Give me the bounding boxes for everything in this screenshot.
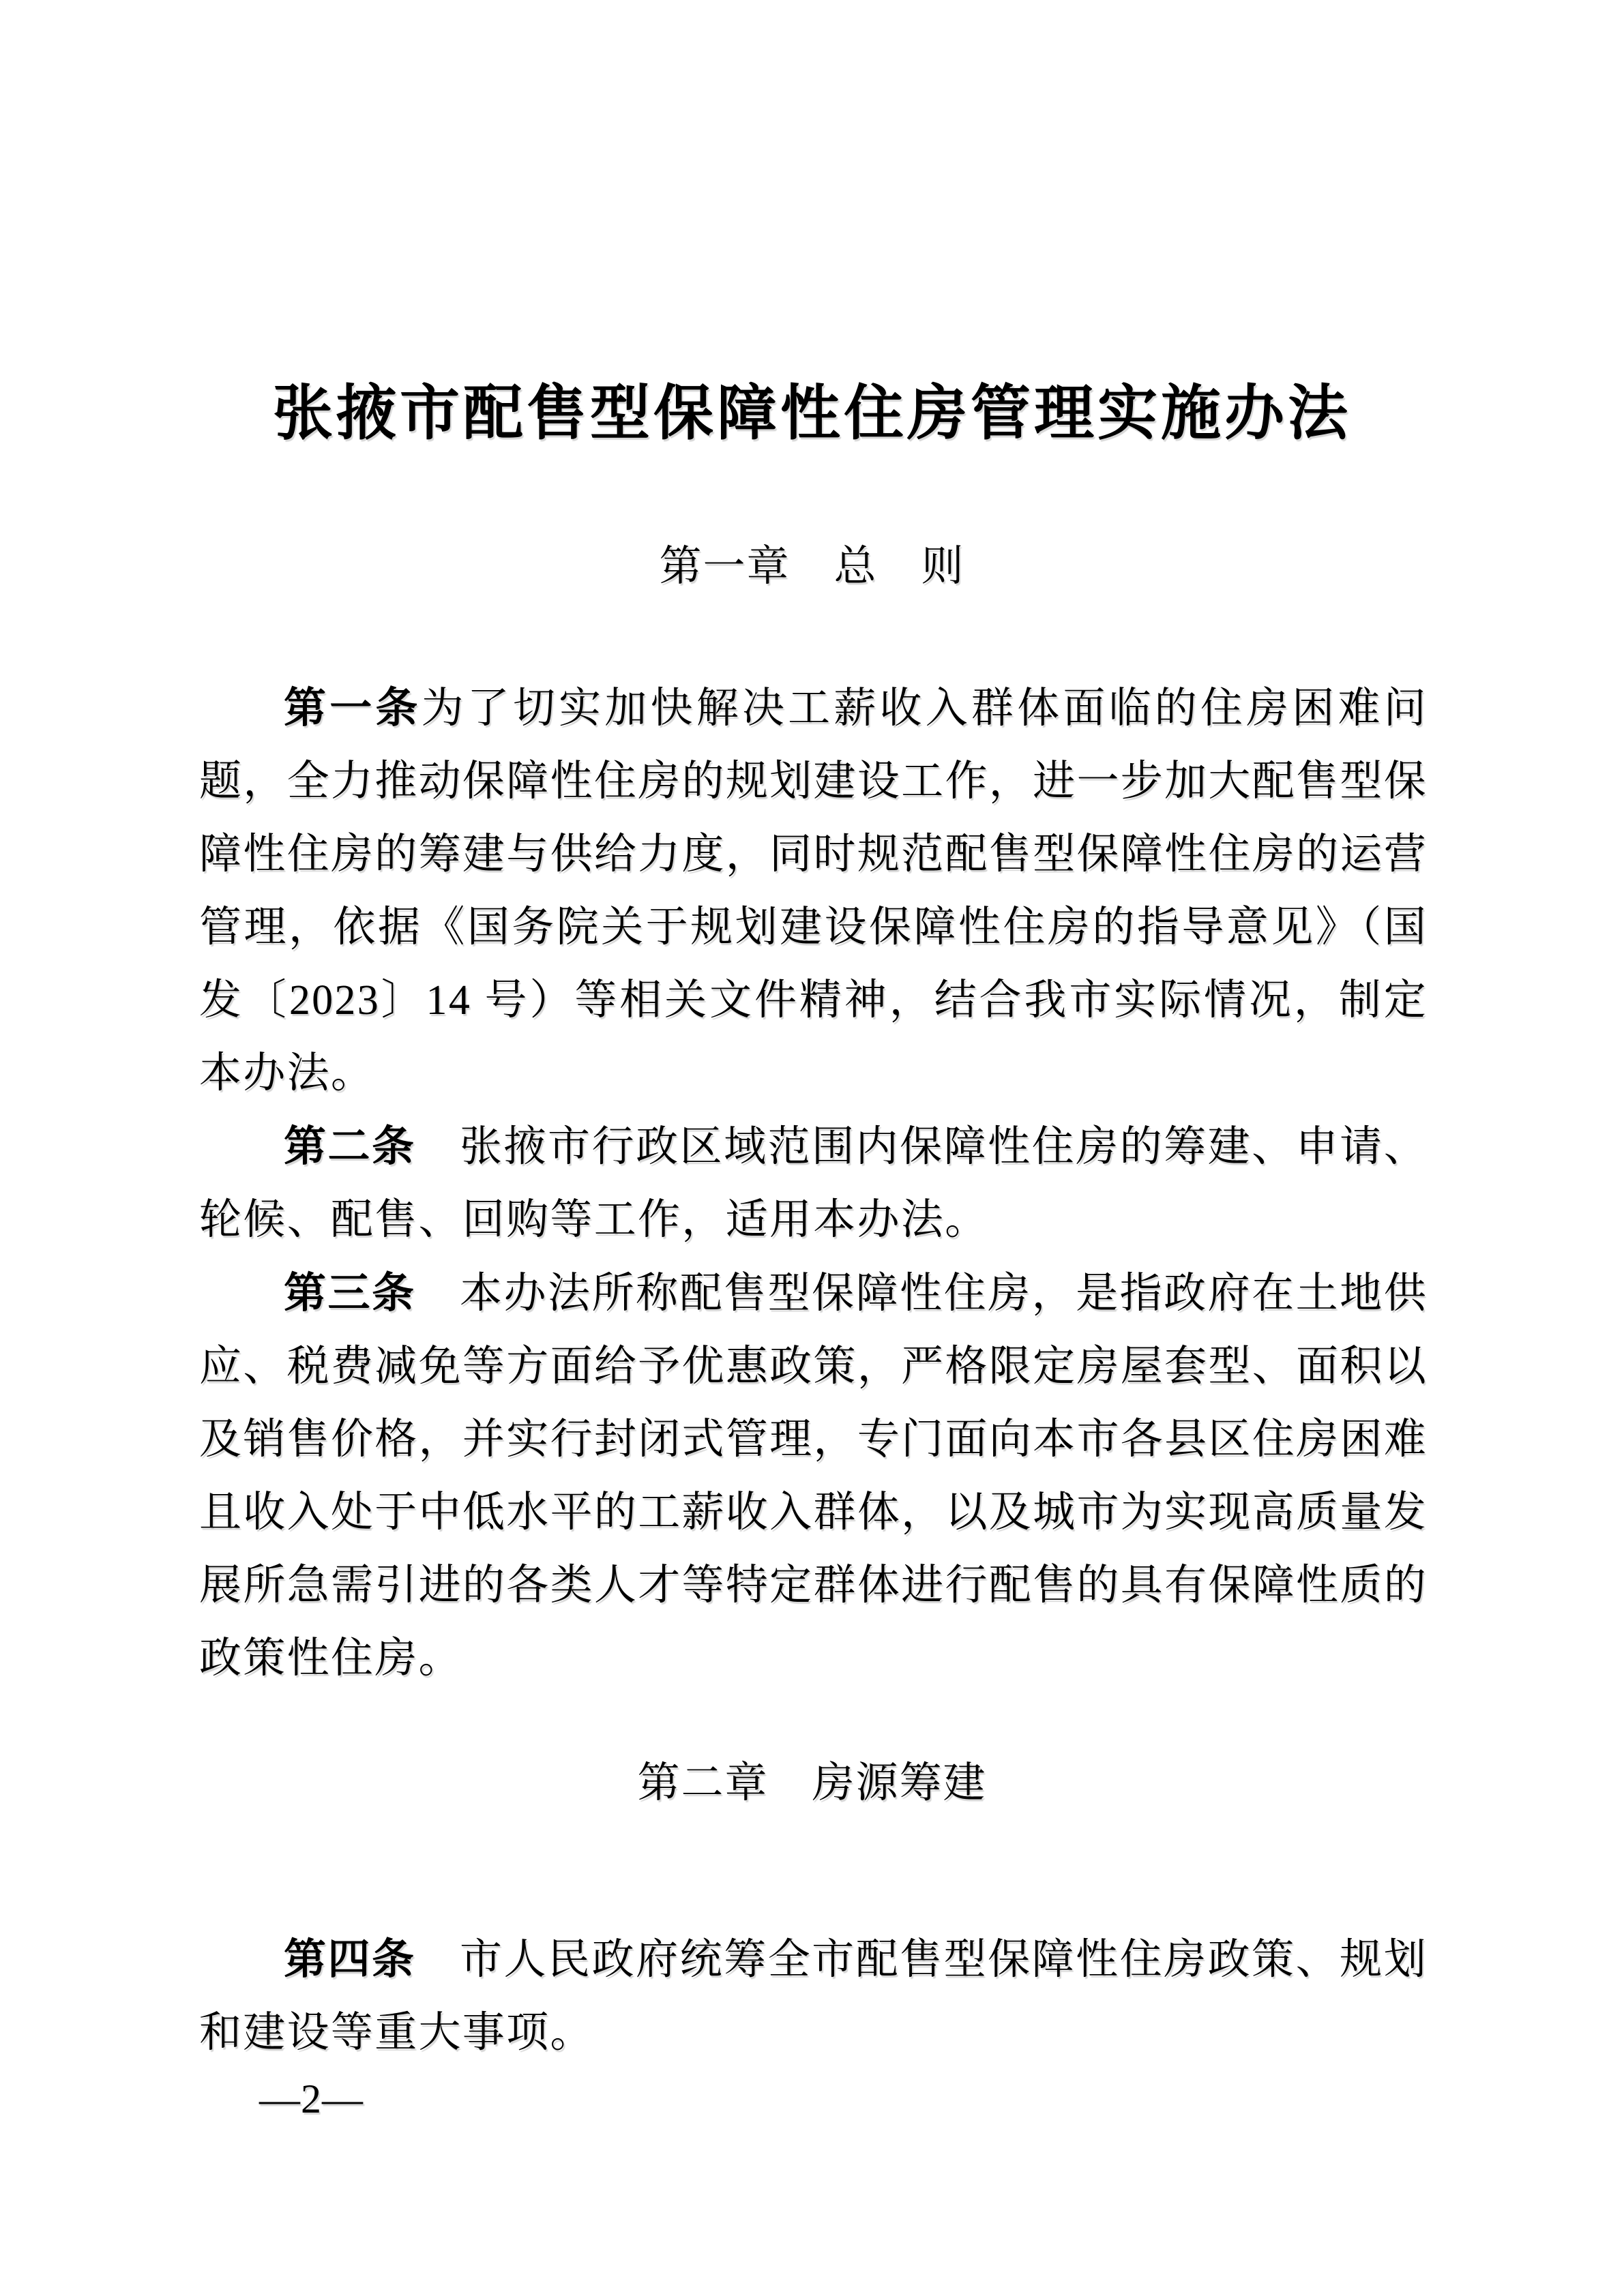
chapter-2-heading: 第二章 房源筹建 xyxy=(0,1747,1624,1820)
article-3-text: 本办法所称配售型保障性住房，是指政府在土地供应、税费减免等方面给予优惠政策，严格… xyxy=(199,1270,1428,1682)
article-4-separator xyxy=(416,1937,460,1983)
article-2-separator xyxy=(416,1124,460,1170)
article-2: 第二条 张掖市行政区域范围内保障性住房的筹建、申请、轮候、配售、回购等工作，适用… xyxy=(199,1110,1428,1257)
article-1: 第一条为了切实加快解决工薪收入群体面临的住房困难问题，全力推动保障性住房的规划建… xyxy=(199,672,1428,1110)
article-2-label: 第二条 xyxy=(284,1123,416,1170)
article-3-separator xyxy=(416,1270,460,1317)
chapter-2-body: 第四条 市人民政府统筹全市配售型保障性住房政策、规划和建设等重大事项。 xyxy=(199,1923,1428,2070)
article-4: 第四条 市人民政府统筹全市配售型保障性住房政策、规划和建设等重大事项。 xyxy=(199,1923,1428,2070)
chapter-1-body: 第一条为了切实加快解决工薪收入群体面临的住房困难问题，全力推动保障性住房的规划建… xyxy=(199,672,1428,1695)
article-4-label: 第四条 xyxy=(284,1936,416,1983)
article-1-text: 为了切实加快解决工薪收入群体面临的住房困难问题，全力推动保障性住房的规划建设工作… xyxy=(199,685,1428,1097)
document-page: 张掖市配售型保障性住房管理实施办法 第一章 总 则 第一条为了切实加快解决工薪收… xyxy=(0,0,1624,2296)
article-3: 第三条 本办法所称配售型保障性住房，是指政府在土地供应、税费减免等方面给予优惠政… xyxy=(199,1257,1428,1695)
chapter-1-heading: 第一章 总 则 xyxy=(0,531,1624,603)
page-number: —2— xyxy=(259,2072,364,2126)
article-3-label: 第三条 xyxy=(284,1270,416,1317)
document-title: 张掖市配售型保障性住房管理实施办法 xyxy=(0,367,1624,462)
article-1-label: 第一条 xyxy=(284,685,422,732)
